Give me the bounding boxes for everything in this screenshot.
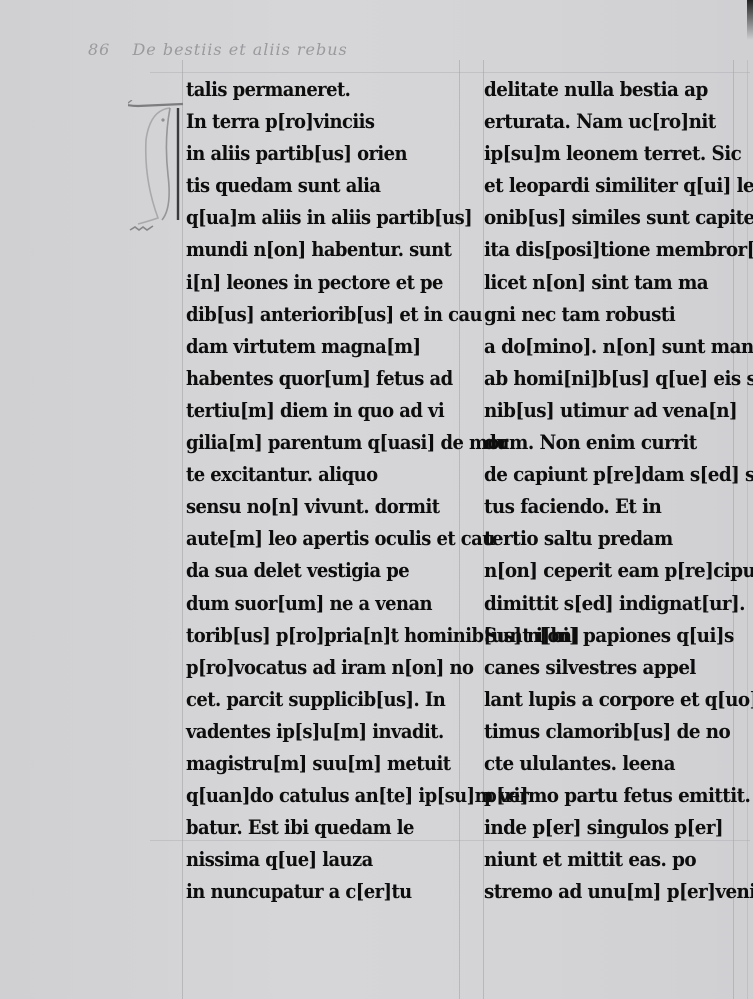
text-line: nib[us] utimur ad vena[n] xyxy=(484,395,714,427)
text-line: te excitantur. aliquo xyxy=(186,459,439,491)
text-line: inde p[er] singulos p[er] xyxy=(484,812,714,844)
decorated-initial-i-icon xyxy=(128,100,188,250)
text-line: dum. Non enim currit xyxy=(484,427,714,459)
text-line: batur. Est ibi quedam le xyxy=(186,812,439,844)
text-line: sensu no[n] vivunt. dormit xyxy=(186,491,439,523)
text-line: dimittit s[ed] indignat[ur]. xyxy=(484,588,714,620)
text-line: dib[us] anteriorib[us] et in cau xyxy=(186,299,439,331)
text-line: tis quedam sunt alia xyxy=(186,170,439,202)
text-line: p[ri]mo partu fetus emittit. de xyxy=(484,780,714,812)
text-line: q[ua]m aliis in aliis partib[us] xyxy=(186,202,439,234)
text-line: gni nec tam robusti xyxy=(484,299,714,331)
manuscript-page: 86 De bestiis et aliis rebus talis perma… xyxy=(0,0,753,999)
text-line: vadentes ip[s]u[m] invadit. xyxy=(186,716,439,748)
text-line: mundi n[on] habentur. sunt xyxy=(186,234,439,266)
running-head-title: De bestiis et aliis rebus xyxy=(132,40,347,59)
text-line: In terra p[ro]vinciis xyxy=(186,106,439,138)
text-line: ita dis[posi]tione membror[um] xyxy=(484,234,714,266)
ruling-line-right-column-end xyxy=(733,60,734,999)
text-line: n[on] ceperit eam p[re]cipus xyxy=(484,555,714,587)
ruling-line-top xyxy=(150,72,750,73)
text-line: Sunt i[bi] papiones q[ui]s xyxy=(484,620,714,652)
text-line: q[uan]do catulus an[te] ip[su]m ver xyxy=(186,780,439,812)
text-line: cet. parcit supplicib[us]. In xyxy=(186,684,439,716)
text-line: de capiunt p[re]dam s[ed] sal xyxy=(484,459,714,491)
text-line: onib[us] similes sunt capite xyxy=(484,202,714,234)
text-line: gilia[m] parentum q[uasi] de mor xyxy=(186,427,439,459)
text-line: lant lupis a corpore et q[uo] xyxy=(484,684,714,716)
text-line: i[n] leones in pectore et pe xyxy=(186,267,439,299)
text-line: tertio saltu predam xyxy=(484,523,714,555)
text-line: ab homi[ni]b[us] q[ue] eis sicuti xyxy=(484,363,714,395)
text-line: a do[mino]. n[on] sunt mansuet xyxy=(484,331,714,363)
text-line: niunt et mittit eas. po xyxy=(484,844,714,876)
text-line: tus faciendo. Et in xyxy=(484,491,714,523)
text-line: torib[us] p[ro]pria[n]t hominib[us] n[on… xyxy=(186,620,439,652)
text-line: erturata. Nam uc[ro]nit xyxy=(484,106,714,138)
text-line: dam virtutem magna[m] xyxy=(186,331,439,363)
text-line: ip[su]m leonem terret. Sic xyxy=(484,138,714,170)
page-edge-shadow xyxy=(747,0,753,40)
text-line: p[ro]vocatus ad iram n[on] no xyxy=(186,652,439,684)
text-line: da sua delet vestigia pe xyxy=(186,555,439,587)
text-line: cte ululantes. leena xyxy=(484,748,714,780)
text-line: tertiu[m] diem in quo ad vi xyxy=(186,395,439,427)
text-line: in nuncupatur a c[er]tu xyxy=(186,876,439,908)
text-line: licet n[on] sint tam ma xyxy=(484,267,714,299)
text-line: stremo ad unu[m] p[er]venit xyxy=(484,876,714,908)
text-line: timus clamorib[us] de no xyxy=(484,716,714,748)
text-line: magistru[m] suu[m] metuit xyxy=(186,748,439,780)
text-line: delitate nulla bestia ap xyxy=(484,74,714,106)
text-line: aute[m] leo apertis oculis et cau xyxy=(186,523,439,555)
text-line: nissima q[ue] lauza xyxy=(186,844,439,876)
text-line: canes silvestres appel xyxy=(484,652,714,684)
running-head: 86 De bestiis et aliis rebus xyxy=(88,40,348,59)
text-line: in aliis partib[us] orien xyxy=(186,138,439,170)
ruling-line-outer xyxy=(747,60,748,999)
text-column-right: delitate nulla bestia ap erturata. Nam u… xyxy=(484,74,729,908)
folio-number: 86 xyxy=(88,40,110,59)
text-line: habentes quor[um] fetus ad xyxy=(186,363,439,395)
text-column-left: talis permaneret. In terra p[ro]vinciis … xyxy=(186,74,461,908)
text-line: dum suor[um] ne a venan xyxy=(186,588,439,620)
text-line: et leopardi similiter q[ui] le xyxy=(484,170,714,202)
text-line: talis permaneret. xyxy=(186,74,439,106)
